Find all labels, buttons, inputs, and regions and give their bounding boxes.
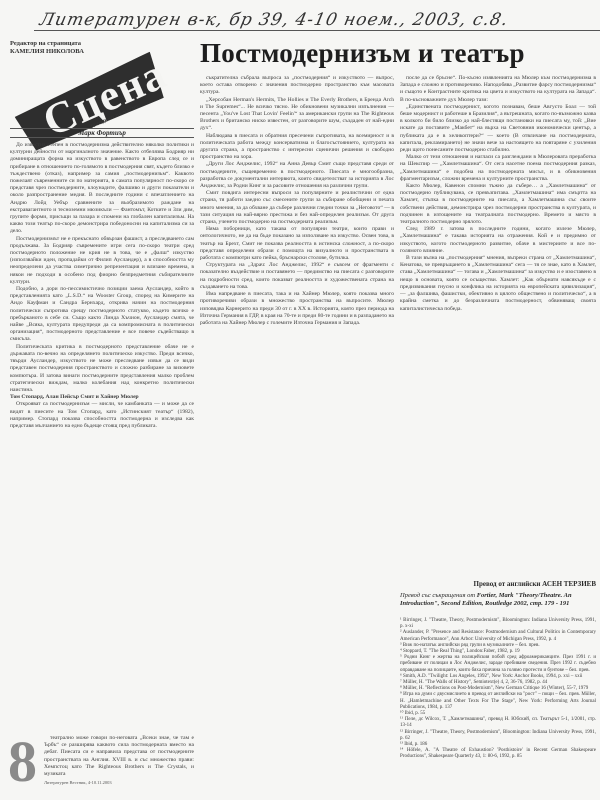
paragraph: Както Мюлер, Кавенон спомни тъжно да съб… <box>400 183 596 226</box>
translator-credit: Превод от английски АСЕН ТЕРЗИЕВ <box>400 580 596 588</box>
paragraph: театрално може говори по-неговата „Всеки… <box>44 735 194 778</box>
paragraph: „Други Лос Анджелис, 1992“ на Анна Девър… <box>200 161 394 190</box>
paragraph: Открояват са постмодернизъм — мисли, че … <box>10 401 194 430</box>
footnote: ¹⁴ Höfele, A. "A Theatre of Exhaustion? … <box>400 748 596 760</box>
paragraph: Постмодернизмът не е прекъснато обвързан… <box>10 236 194 286</box>
paragraph: съкратителна събрала въпроса за „постмод… <box>200 75 394 97</box>
paragraph: Подобно, а дори по-пессимистично позиции… <box>10 286 194 344</box>
page-number: 8 <box>8 728 37 795</box>
paragraph: Няма поборници, като такава от популярни… <box>200 226 394 262</box>
article-headline: Постмодернизъм и театър <box>200 38 600 69</box>
paragraph: после да се бръсне“. По-късно изявленият… <box>400 75 596 104</box>
article-column-2: съкратителна събрала въпроса за „постмод… <box>200 75 394 781</box>
article-column-1: До известна степен в постмодернизма дейс… <box>10 142 194 737</box>
paragraph: Политическата критика в постмодерното пр… <box>10 344 194 394</box>
footnotes-list: ¹ Birringer, J. "Theatre, Theory, Postmo… <box>400 618 596 761</box>
footnote: ⁹ Игра на думи с двусмислието в превод о… <box>400 692 596 711</box>
page-editor: Редактор на страницата КАМЕЛИЯ НИКОЛОВА <box>10 40 160 55</box>
article-column-1-tail: театрално може говори по-неговата „Всеки… <box>44 735 194 785</box>
article-column-3: после да се бръсне“. По-късно изявленият… <box>400 75 596 555</box>
footnote: ⁵ Родни Кинг е жертва на полицейския поб… <box>400 655 596 674</box>
newspaper-page: Литературен в-к, бр 39, 4-10 ноем., 2003… <box>0 0 600 800</box>
editor-label: Редактор на страницата <box>10 40 160 48</box>
source-prefix: Превод със съкращения от <box>400 592 475 599</box>
footnote: ¹² Birringer, J. "Theatre, Theory, Postm… <box>400 730 596 742</box>
paragraph: След 1989 г. затова в последните години,… <box>400 226 596 255</box>
source-note: Превод със съкращения от Fortier, Mark "… <box>400 592 596 608</box>
paragraph: Малко от тези отношения и нагласи са раз… <box>400 154 596 183</box>
footnote: ¹ Birringer, J. "Theatre, Theory, Postmo… <box>400 618 596 630</box>
paragraph: До известна степен в постмодернизма дейс… <box>10 142 194 236</box>
paragraph: Има напредване в пиесата, така и на Хайн… <box>200 291 394 327</box>
article-author: Марк Фортиър <box>10 128 194 138</box>
handwriting-underline <box>34 30 600 31</box>
handwritten-citation: Литературен в-к, бр 39, 4-10 ноем., 2003… <box>38 10 600 30</box>
footnote: ² Auslander, P. "Presence and Resistance… <box>400 630 596 642</box>
paragraph: Смит повдига интересни въпроси за популя… <box>200 190 394 226</box>
footnote: ¹¹ Пеле, дс Wilcox, Т. „Хамлетмашина", п… <box>400 717 596 729</box>
paragraph: Наблюдава в пиесата и обратния пресечени… <box>200 133 394 162</box>
date-stamp: Литературен Вестник, 4-10.11.2003 <box>44 780 112 785</box>
paragraph: „Единствената постмодернист, когото позн… <box>400 104 596 154</box>
paragraph: В тази вълна на „постмодерния“ мнения, в… <box>400 255 596 313</box>
paragraph: „Херсобан Herman's Hermits, The Hollies … <box>200 97 394 133</box>
paragraph: Структурата на „Здрач: Лос Анджелис, 199… <box>200 262 394 291</box>
